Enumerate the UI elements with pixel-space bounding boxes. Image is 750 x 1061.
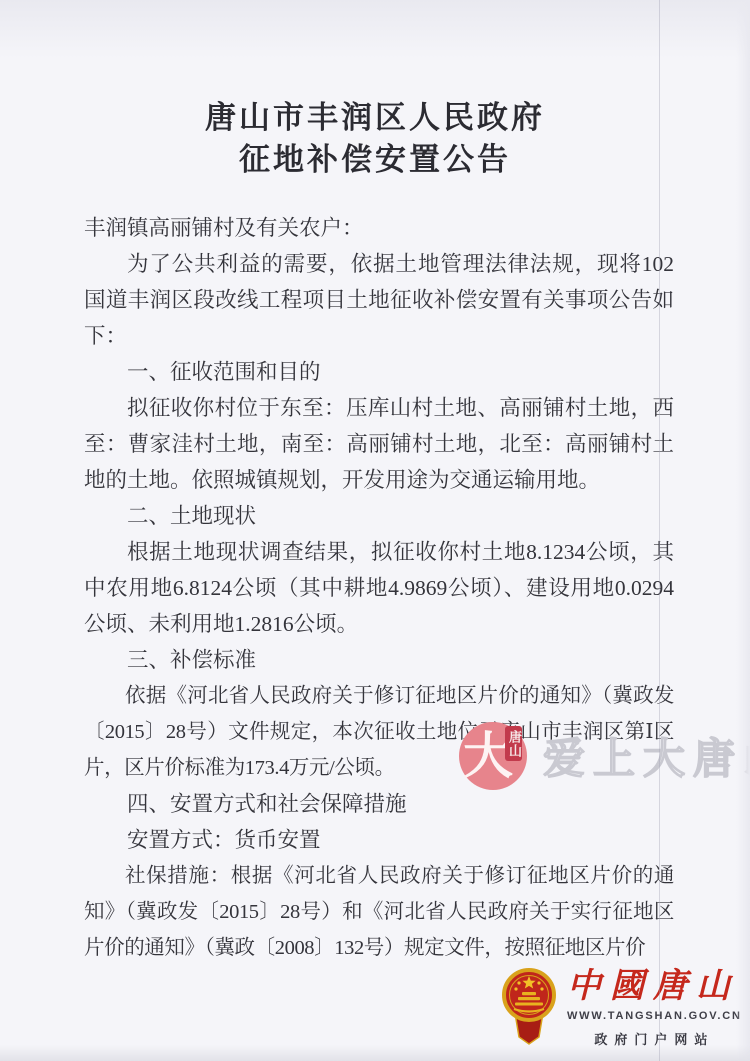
section-heading-2: 二、土地现状: [84, 498, 674, 534]
national-emblem-icon: [500, 967, 558, 1047]
footer-logo-text: 中國唐山 WWW.TANGSHAN.GOV.CN 政府门户网站: [567, 967, 742, 1048]
paragraph-social-security: 社保措施：根据《河北省人民政府关于修订征地区片价的通知》（冀政发〔2015〕28…: [84, 858, 674, 966]
footer-url: WWW.TANGSHAN.GOV.CN: [567, 1010, 742, 1022]
paragraph-scope: 拟征收你村位于东至：压库山村土地、高丽铺村土地，西至：曹家洼村土地，南至：高丽铺…: [84, 390, 674, 498]
title-line-2: 征地补偿安置公告: [0, 139, 750, 181]
scanned-notice-page: 唐山市丰润区人民政府 征地补偿安置公告 丰润镇高丽铺村及有关农户： 为了公共利益…: [0, 0, 750, 1061]
section-heading-1: 一、征收范围和目的: [84, 354, 674, 390]
paragraph-land-status: 根据土地现状调查结果，拟征收你村土地8.1234公顷，其中农用地6.8124公顷…: [84, 534, 674, 642]
paragraph-intro: 为了公共利益的需要，依据土地管理法律法规，现将102国道丰润区段改线工程项目土地…: [84, 246, 674, 354]
section-heading-4: 四、安置方式和社会保障措施: [84, 786, 674, 822]
paragraph-compensation: 依据《河北省人民政府关于修订征地区片价的通知》（冀政发〔2015〕28号）文件规…: [84, 678, 674, 786]
footer-tagline: 政府门户网站: [567, 1029, 742, 1048]
salutation-line: 丰润镇高丽铺村及有关农户：: [84, 210, 674, 246]
document-title: 唐山市丰润区人民政府 征地补偿安置公告: [0, 0, 750, 181]
tangshan-gov-logo: 中國唐山 WWW.TANGSHAN.GOV.CN 政府门户网站: [500, 967, 742, 1048]
title-line-1: 唐山市丰润区人民政府: [0, 97, 750, 139]
footer-brand-name: 中國唐山: [567, 967, 742, 1007]
paragraph-resettlement: 安置方式：货币安置: [84, 822, 674, 858]
section-heading-3: 三、补偿标准: [84, 642, 674, 678]
document-body: 丰润镇高丽铺村及有关农户： 为了公共利益的需要，依据土地管理法律法规，现将102…: [84, 210, 674, 966]
